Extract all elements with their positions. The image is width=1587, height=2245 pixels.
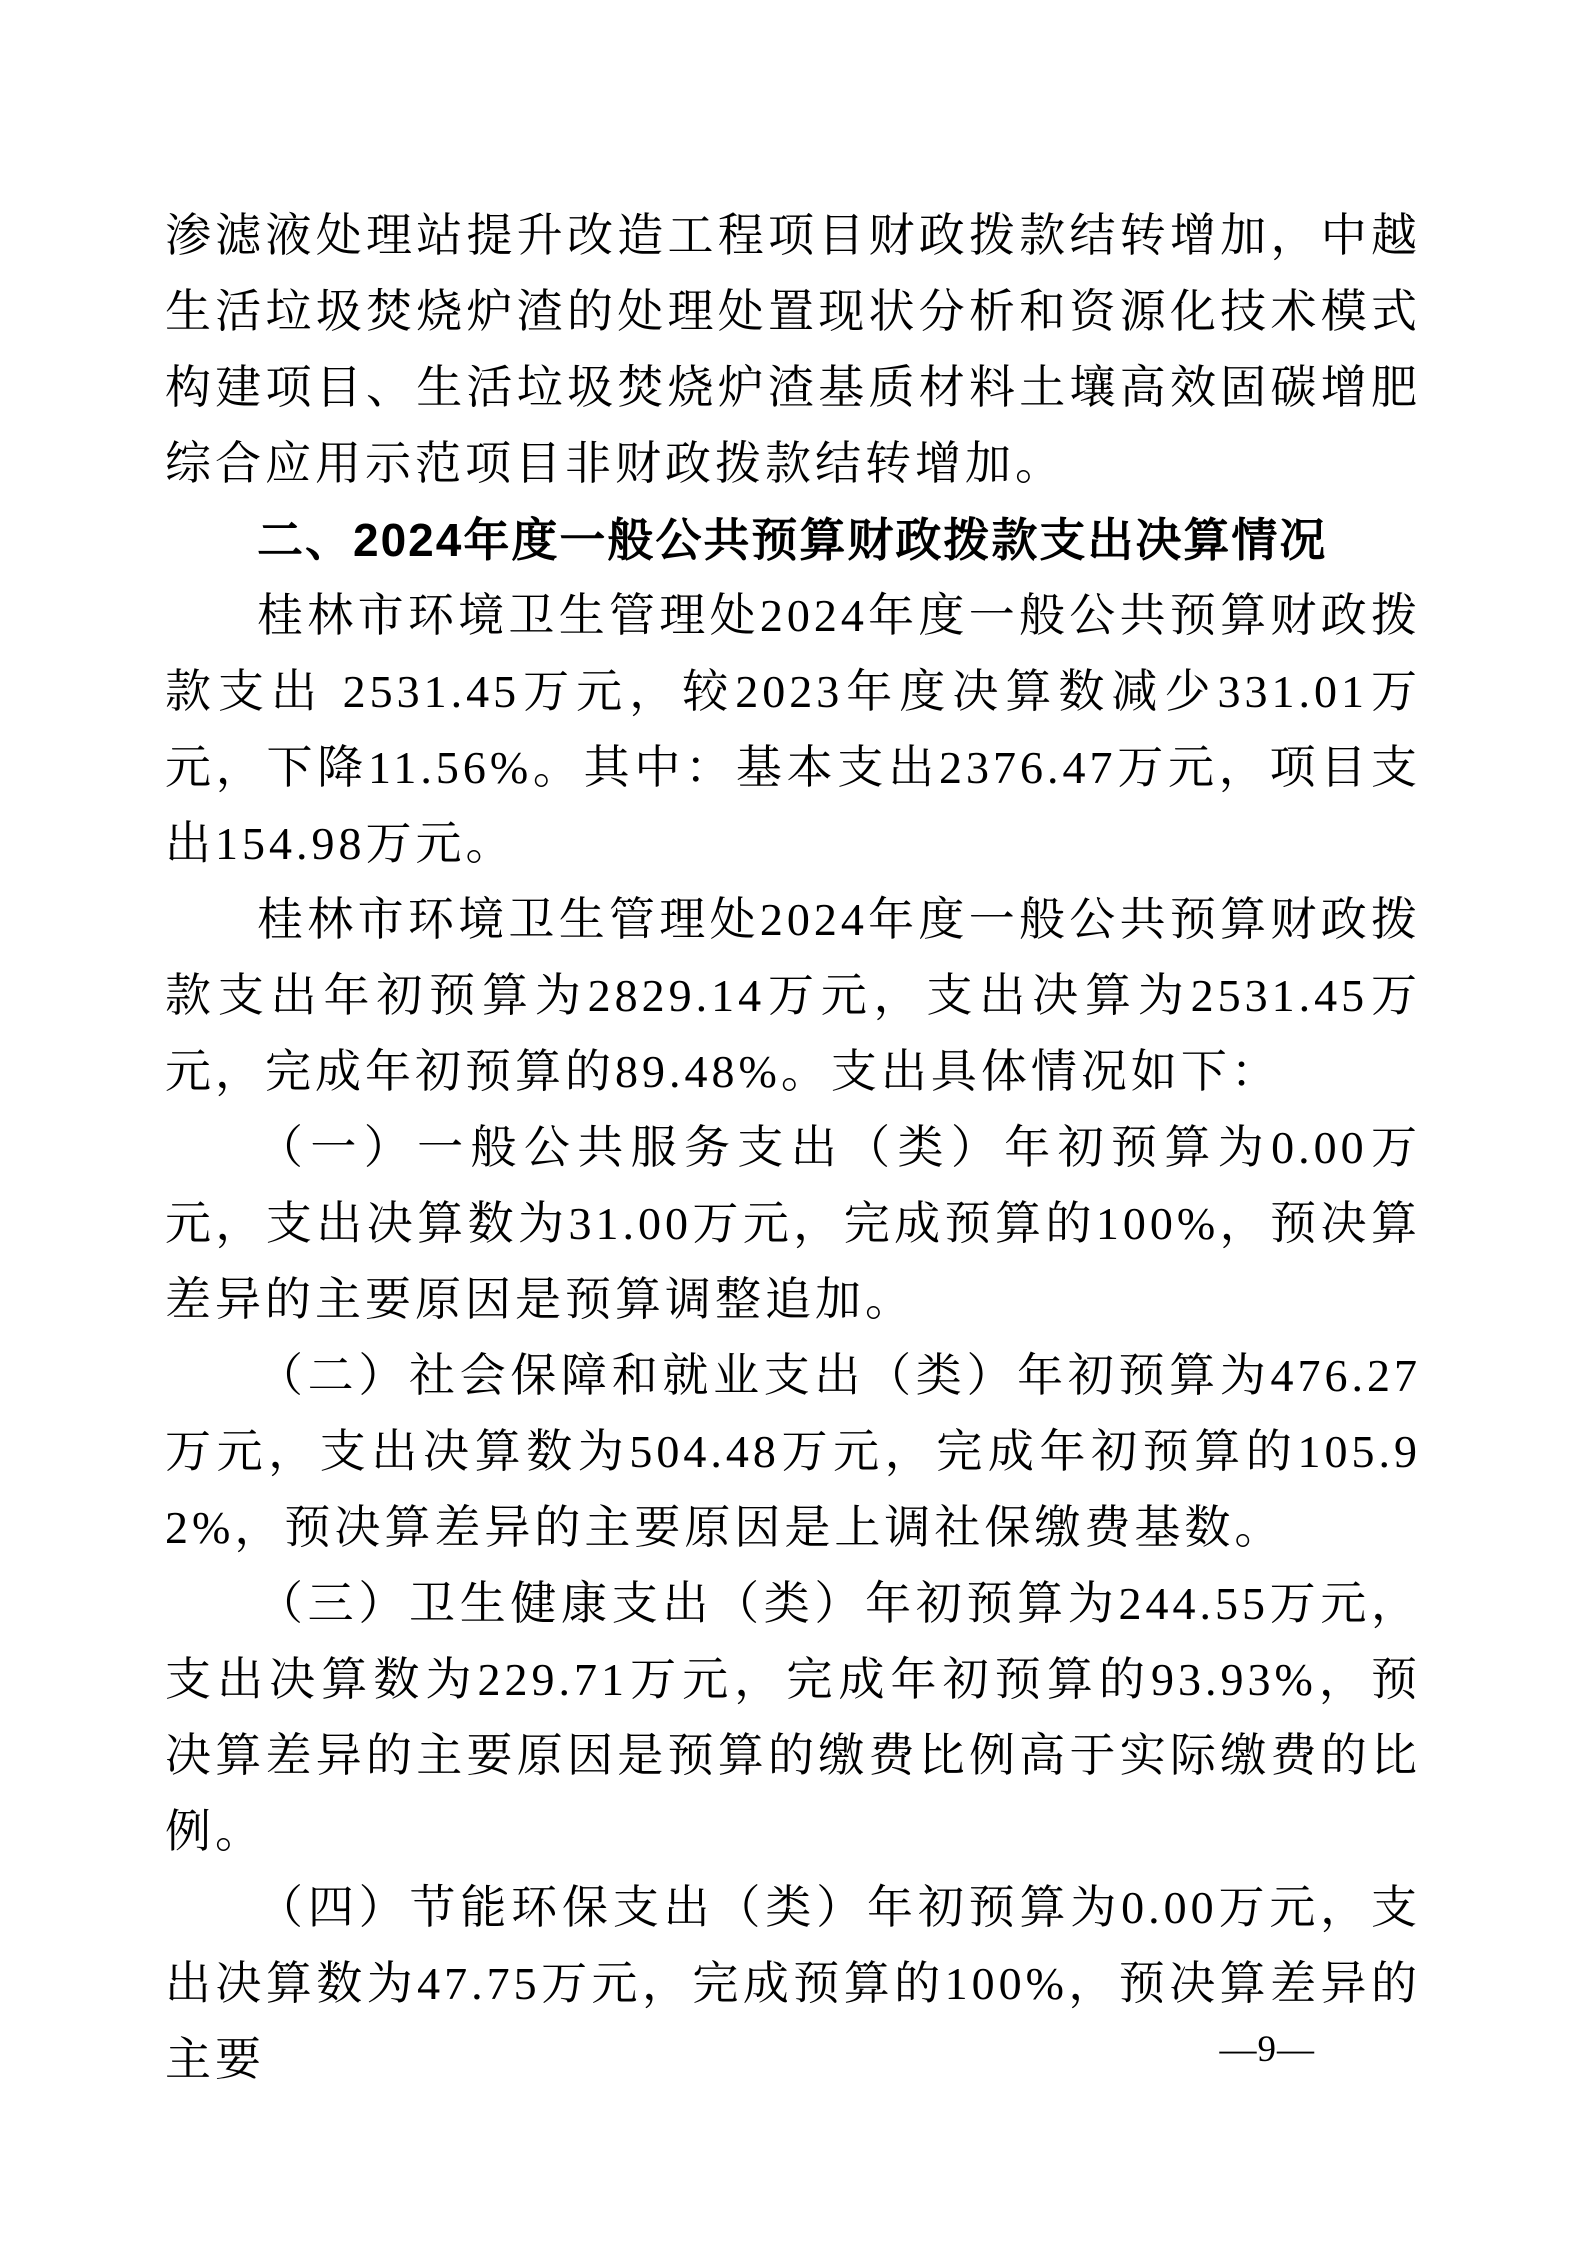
paragraph-item-3-health: （三）卫生健康支出（类）年初预算为244.55万元，支出决算数为229.71万元… [165,1566,1421,1870]
paragraph-expenditure-summary: 桂林市环境卫生管理处2024年度一般公共预算财政拨款支出 2531.45万元，较… [165,578,1421,882]
paragraph-budget-vs-final: 桂林市环境卫生管理处2024年度一般公共预算财政拨款支出年初预算为2829.14… [165,882,1421,1110]
document-page: 渗滤液处理站提升改造工程项目财政拨款结转增加，中越生活垃圾焚烧炉渣的处理处置现状… [0,0,1587,2245]
paragraph-item-2-social-security-employment: （二）社会保障和就业支出（类）年初预算为476.27万元，支出决算数为504.4… [165,1338,1421,1566]
continuation-paragraph: 渗滤液处理站提升改造工程项目财政拨款结转增加，中越生活垃圾焚烧炉渣的处理处置现状… [165,198,1421,502]
document-body-text: 渗滤液处理站提升改造工程项目财政拨款结转增加，中越生活垃圾焚烧炉渣的处理处置现状… [165,198,1421,2098]
page-number: —9— [1220,2028,1316,2071]
section-heading: 二、2024年度一般公共预算财政拨款支出决算情况 [165,502,1421,578]
paragraph-item-1-general-public-services: （一）一般公共服务支出（类）年初预算为0.00万元，支出决算数为31.00万元，… [165,1110,1421,1338]
